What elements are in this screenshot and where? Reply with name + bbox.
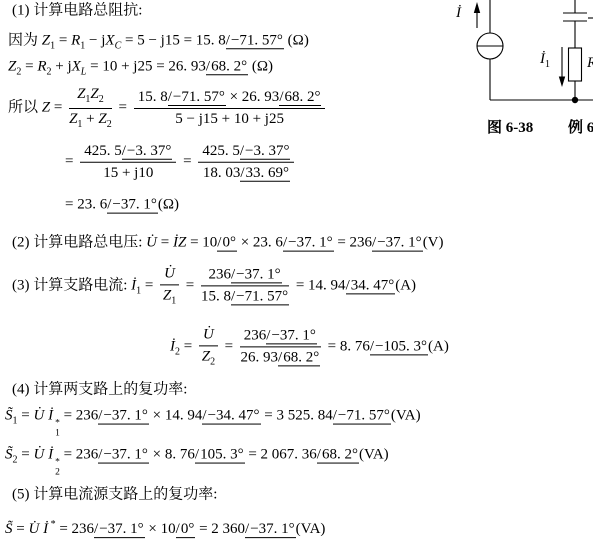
equation-z1: 因为 Z1 = R1 − jXC = 5 − j15 = 15. 8−71. 5… [8,31,309,53]
equation-s-total: S̃ = U̇ İ * = 236−37. 1° × 100° = 2 360… [5,519,325,539]
equation-s2: S̃2 = U̇ İ*2 = 236−37. 1° × 8. 76105. 3… [5,446,389,479]
step1-heading: (1) 计算电路总阻抗: [12,2,142,21]
source-current-arrowhead-up [474,2,480,13]
document-page: (1) 计算电路总阻抗: 因为 Z1 = R1 − jXC = 5 − j15 … [0,0,593,550]
resistor-symbol [569,48,582,81]
equation-i2: İ2 = U̇Z2 = 236−37. 1°26. 9368. 2° = 8.… [170,325,449,368]
equation-s1: S̃1 = U̇ İ*1 = 236−37. 1° × 14. 94−34. … [5,407,421,440]
junction-dot [572,97,578,103]
equation-z-total-step2: = 425. 5−3. 37°15 + j10 = 425. 5−3. 37°1… [65,142,297,183]
step2-line: (2) 计算电路总电压: U̇ = İZ = 100° × 23. 6−37.… [12,234,444,253]
step3-line: (3) 计算支路电流: İ1 = U̇Z1 = 236−37. 1°15. 8… [12,264,416,307]
figure-caption-example: 例 6 [568,121,593,136]
branch1-current-label: İ1 [540,52,550,70]
equation-z-total-result: = 23. 6−37. 1°(Ω) [65,196,179,215]
equation-z-total-step1: 所以 Z = Z1Z2Z1 + Z2 = 15. 8−71. 57° × 26.… [8,85,328,131]
resistor-label-partial: R [587,56,593,71]
step5-heading: (5) 计算电流源支路上的复功率: [12,486,217,505]
figure-caption-number: 图 6-38 [487,121,533,136]
step4-heading: (4) 计算两支路上的复功率: [12,381,187,400]
circuit-figure: İ İ1 R 图 6-38 例 6 [430,0,593,145]
equation-z2: Z2 = R2 + jXL = 10 + j25 = 26. 9368. 2° … [8,57,273,79]
source-current-label: İ [456,6,461,21]
branch-current-arrowhead-down [559,77,565,88]
